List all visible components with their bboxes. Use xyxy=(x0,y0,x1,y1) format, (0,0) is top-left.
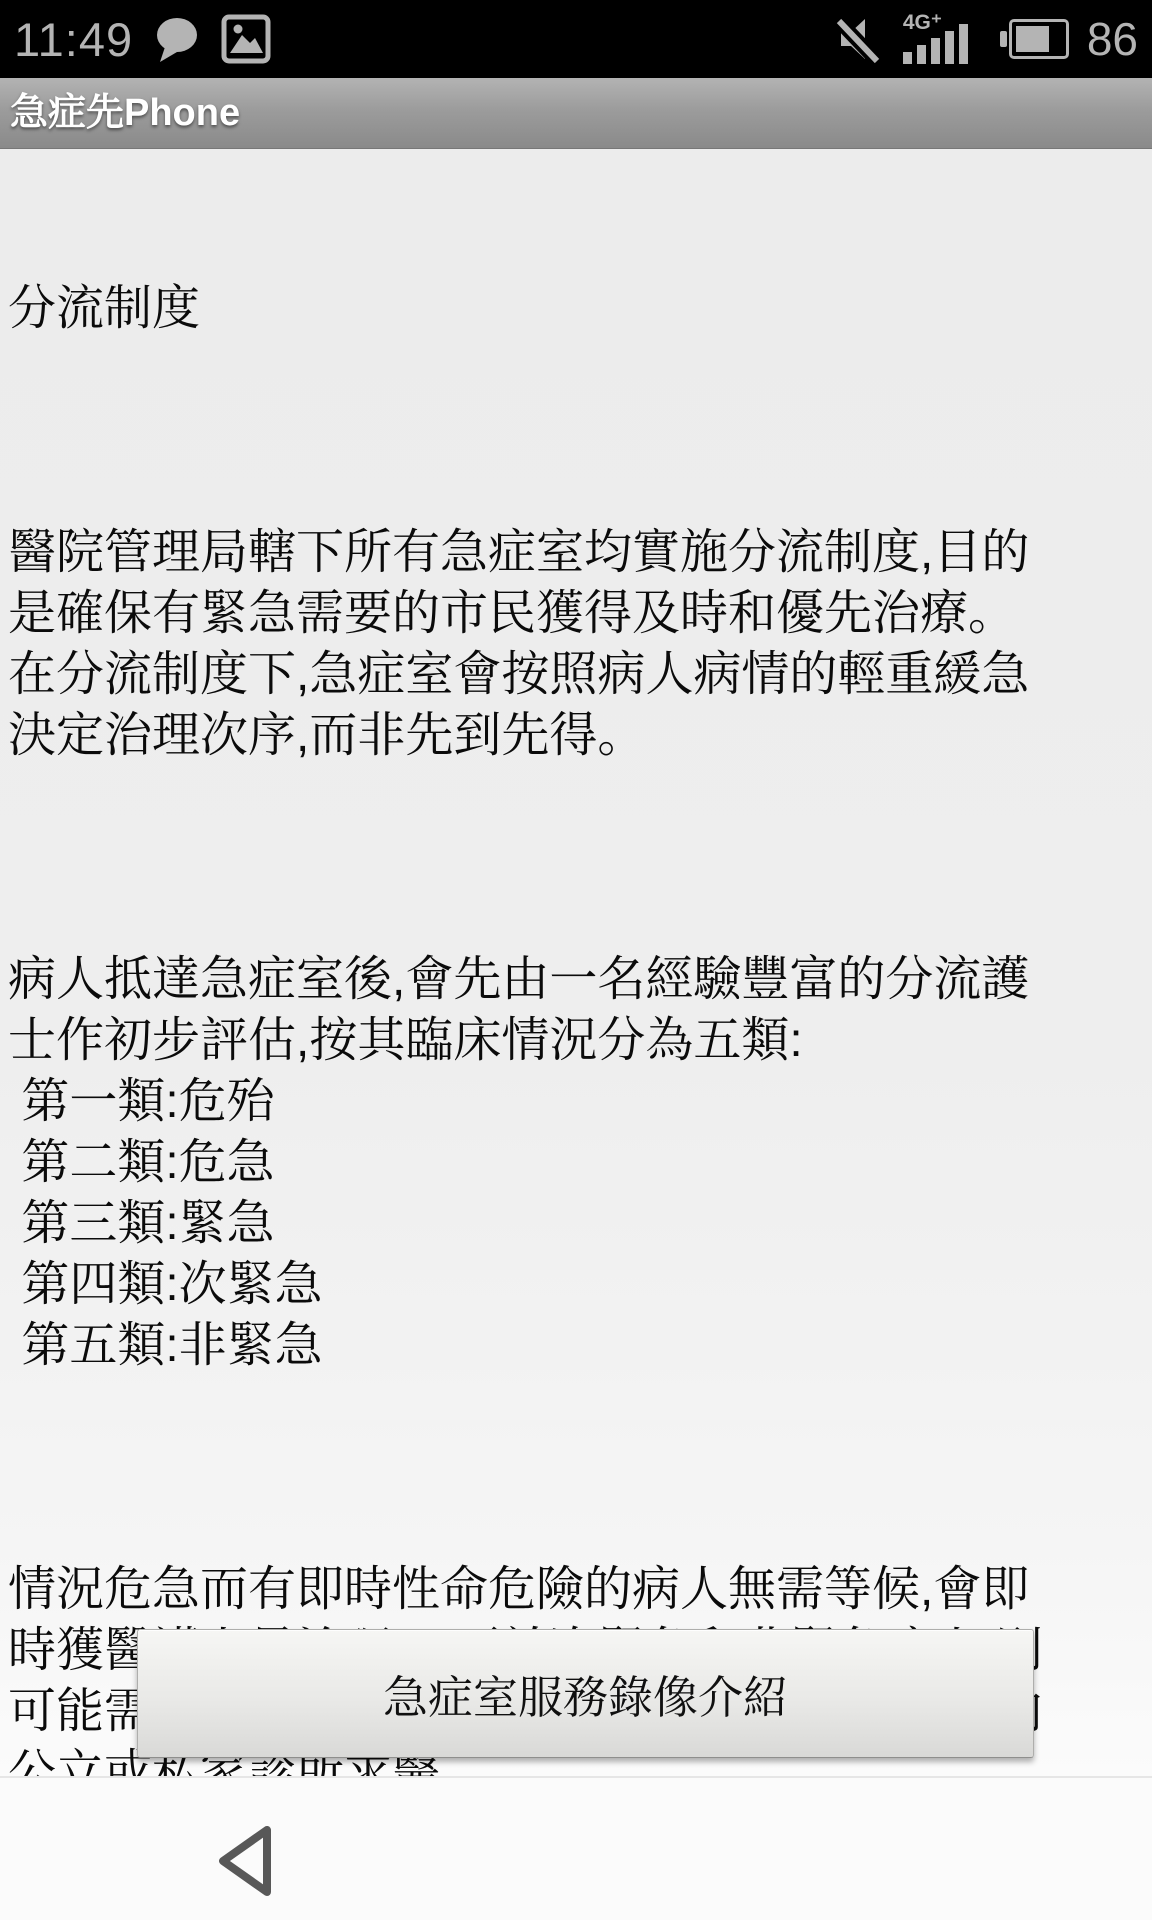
section-heading: 分流制度 xyxy=(8,278,1148,339)
signal-bar xyxy=(959,24,968,64)
signal-bars-icon: 4G⁺ xyxy=(903,12,981,66)
back-triangle-icon xyxy=(214,1823,276,1899)
content-area: 分流制度 醫院管理局轄下所有急症室均實施分流制度,目的 是確保有緊急需要的市民獲… xyxy=(0,149,1152,1776)
status-bar: 11:49 4G⁺ 86 xyxy=(0,0,1152,78)
chat-bubble-icon xyxy=(151,13,203,65)
screen: 11:49 4G⁺ 86 xyxy=(0,0,1152,1920)
app-title: 急症先Phone xyxy=(10,92,240,134)
video-intro-button-label: 急症室服務錄像介紹 xyxy=(383,1661,788,1726)
battery-percent: 86 xyxy=(1087,12,1138,66)
status-bar-right: 4G⁺ 86 xyxy=(833,12,1138,66)
battery-icon xyxy=(1009,19,1069,59)
back-button[interactable] xyxy=(198,1810,292,1912)
clock: 11:49 xyxy=(14,12,133,67)
video-intro-button[interactable]: 急症室服務錄像介紹 xyxy=(137,1629,1034,1758)
signal-bar xyxy=(945,31,954,64)
signal-bars xyxy=(903,24,981,64)
signal-bar xyxy=(931,38,940,64)
signal-bar xyxy=(903,52,912,64)
nav-bar xyxy=(0,1776,1152,1920)
signal-bar xyxy=(917,45,926,64)
paragraph-categories: 病人抵達急症室後,會先由一名經驗豐富的分流護 士作初步評估,按其臨床情況分為五類… xyxy=(8,949,1148,1376)
battery-level-fill xyxy=(1016,26,1049,52)
image-icon xyxy=(221,14,271,64)
paragraph-triage-intro: 醫院管理局轄下所有急症室均實施分流制度,目的 是確保有緊急需要的市民獲得及時和優… xyxy=(8,522,1148,766)
muted-speaker-icon xyxy=(833,13,885,65)
title-bar: 急症先Phone xyxy=(0,78,1152,149)
status-bar-left: 11:49 xyxy=(14,12,271,67)
